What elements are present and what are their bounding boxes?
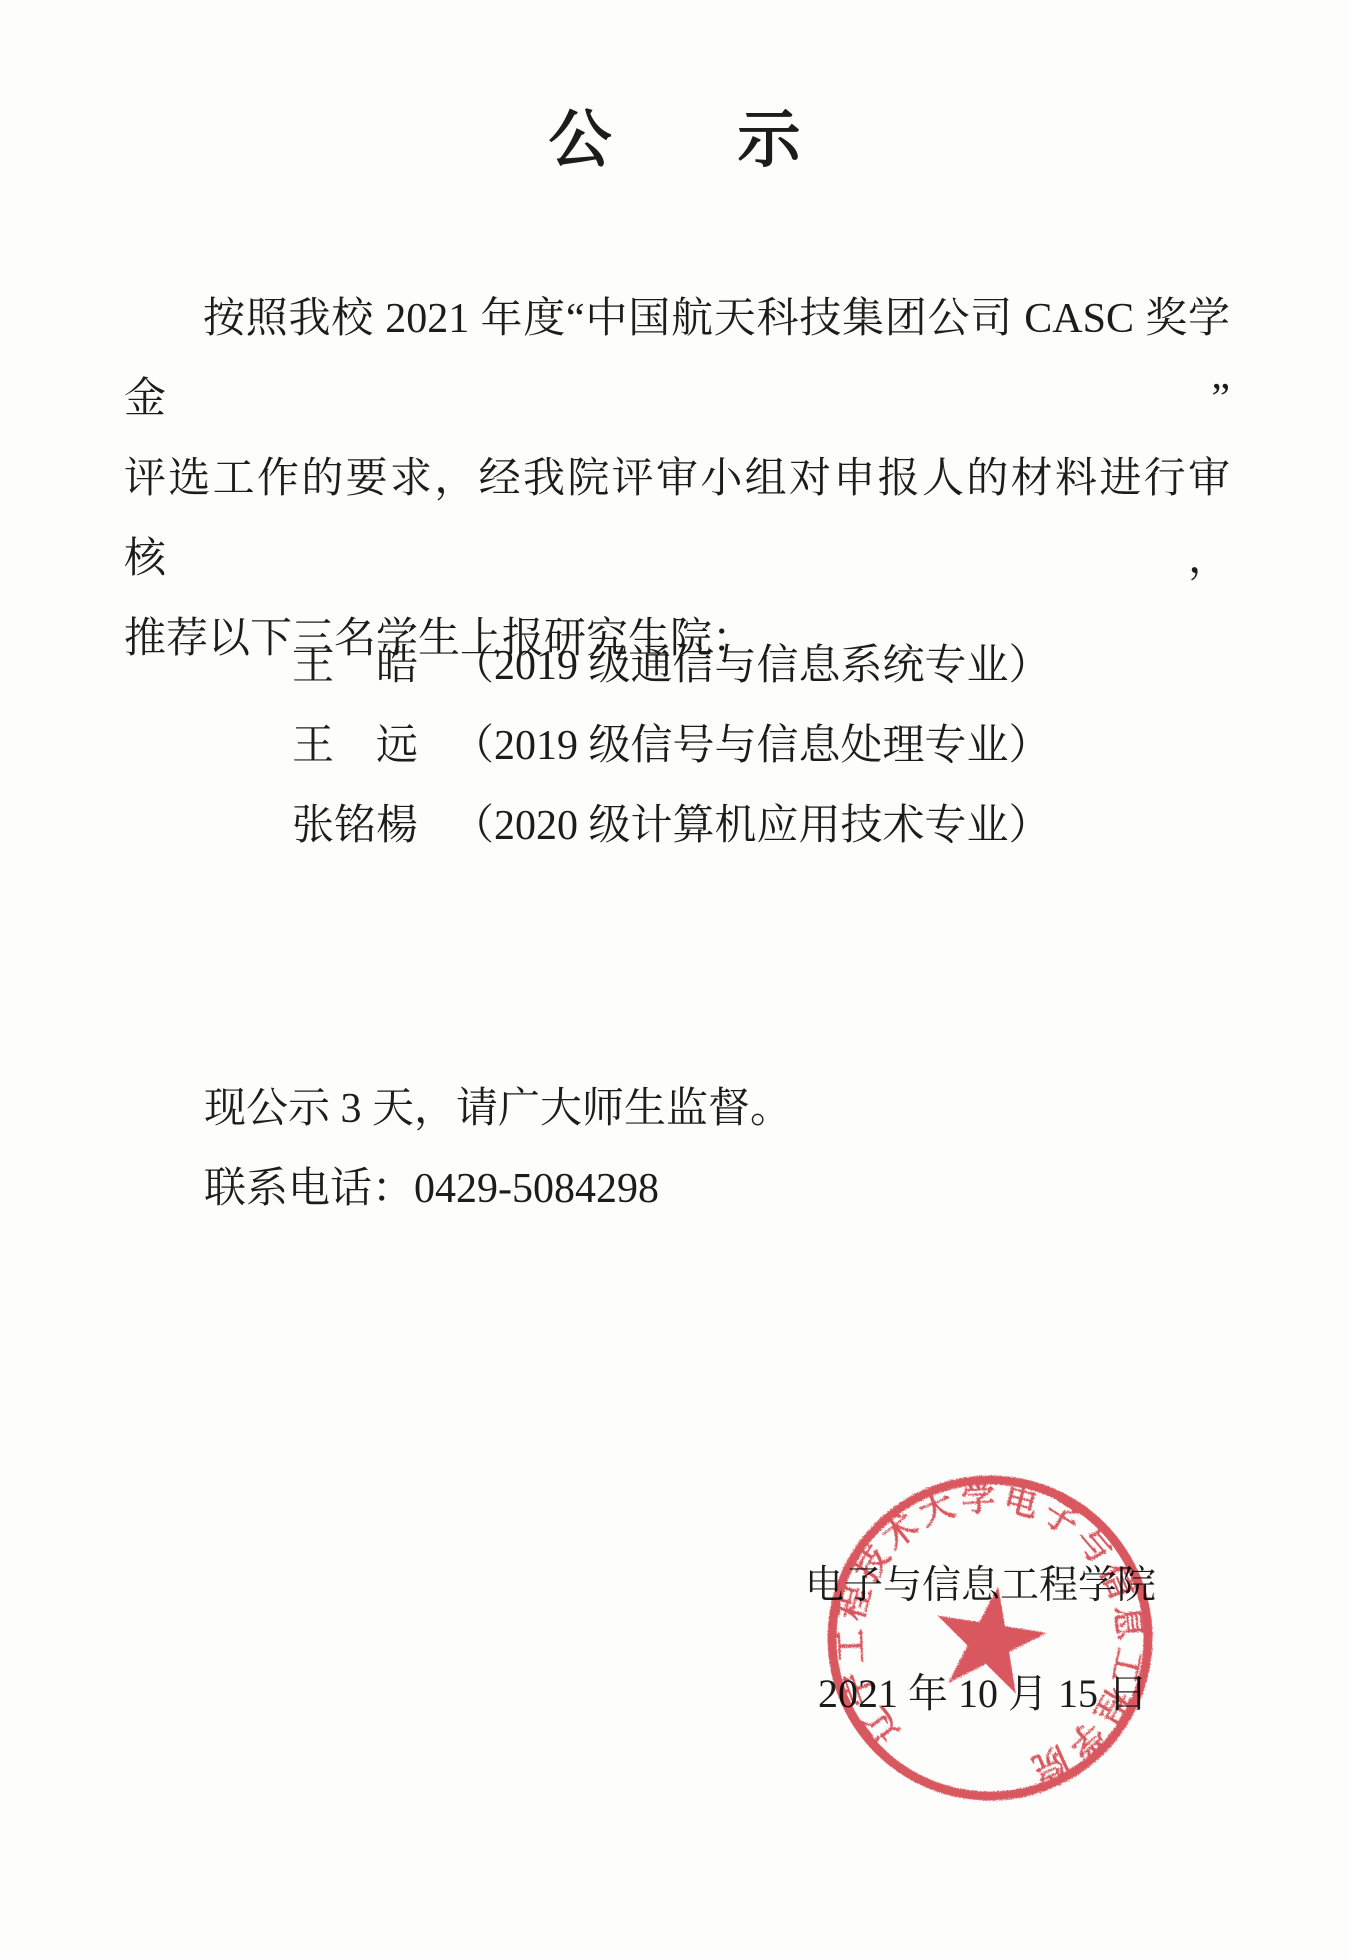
contact-phone-line: 联系电话：0429-5084298: [204, 1149, 659, 1229]
list-item: 王 远（2019 级信号与信息处理专业）: [292, 706, 1051, 786]
student-program: （2020 级计算机应用技术专业）: [452, 803, 1051, 849]
paragraph-line-1: 按照我校 2021 年度“中国航天科技集团公司 CASC 奖学金”: [124, 279, 1230, 439]
svg-text:辽宁工程技术大学电子与信息工程学院: 辽宁工程技术大学电子与信息工程学院: [815, 1463, 1165, 1804]
student-program: （2019 级信号与信息处理专业）: [452, 723, 1051, 769]
announcement-page: 公 示 按照我校 2021 年度“中国航天科技集团公司 CASC 奖学金” 评选…: [0, 0, 1349, 1959]
body-paragraph: 按照我校 2021 年度“中国航天科技集团公司 CASC 奖学金” 评选工作的要…: [124, 279, 1230, 679]
paragraph-line-2: 评选工作的要求，经我院评审小组对申报人的材料进行审核，: [124, 439, 1230, 599]
student-name: 王 皓: [292, 626, 438, 706]
student-program: （2019 级通信与信息系统专业）: [452, 643, 1051, 689]
seal-ring: [815, 1463, 1165, 1813]
list-item: 张铭楊（2020 级计算机应用技术专业）: [292, 786, 1051, 866]
page-title: 公 示: [0, 106, 1349, 175]
public-notice-period-line: 现公示 3 天，请广大师生监督。: [204, 1069, 792, 1149]
list-item: 王 皓（2019 级通信与信息系统专业）: [292, 626, 1051, 706]
student-name: 王 远: [292, 706, 438, 786]
seal-ring-text: 辽宁工程技术大学电子与信息工程学院: [815, 1463, 1165, 1804]
official-seal-stamp: 辽宁工程技术大学电子与信息工程学院: [815, 1463, 1165, 1813]
issue-date: 2021 年 10 月 15 日: [818, 1654, 1148, 1734]
student-name: 张铭楊: [292, 786, 438, 866]
seal-graphic: 辽宁工程技术大学电子与信息工程学院: [815, 1463, 1165, 1813]
student-list: 王 皓（2019 级通信与信息系统专业） 王 远（2019 级信号与信息处理专业…: [292, 626, 1051, 866]
issuing-department: 电子与信息工程学院: [805, 1546, 1156, 1626]
